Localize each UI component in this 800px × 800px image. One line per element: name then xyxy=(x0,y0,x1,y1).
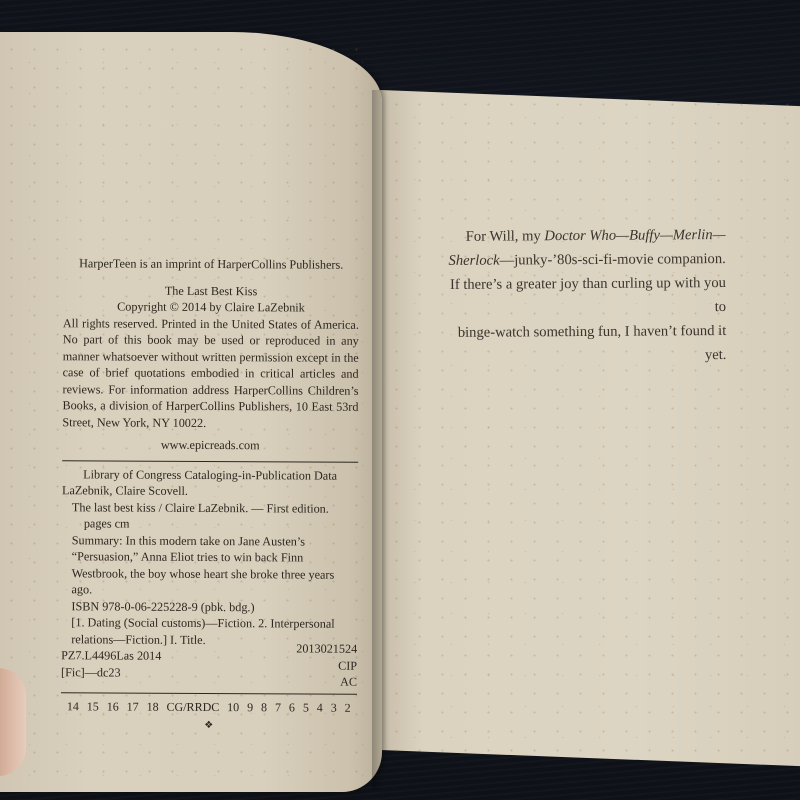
dedication-line-3: If there’s a greater joy than curling up… xyxy=(436,271,726,321)
cip-codes: 2013021524 CIP AC xyxy=(296,640,357,690)
print-number: 9 xyxy=(247,699,253,716)
print-number: 8 xyxy=(261,699,267,716)
cip-author: LaZebnik, Claire Scovell. xyxy=(62,482,358,500)
dedication-show: Sherlock xyxy=(448,253,499,269)
dedication: For Will, my Doctor Who—Buffy—Merlin— Sh… xyxy=(436,223,727,369)
dedication-line-1: For Will, my Doctor Who—Buffy—Merlin— xyxy=(436,223,726,249)
print-year: 14 xyxy=(67,698,79,715)
website: www.epicreads.com xyxy=(62,436,358,454)
print-number: 10 xyxy=(227,699,239,716)
printer-code: CG/RRDC xyxy=(167,699,220,716)
rights-paragraph: All rights reserved. Printed in the Unit… xyxy=(62,315,359,432)
print-number: 6 xyxy=(289,699,295,716)
cip-isbn: ISBN 978-0-06-225228-9 (pbk. bdg.) xyxy=(61,598,357,616)
print-year: 17 xyxy=(127,699,139,716)
print-number: 2 xyxy=(345,700,351,717)
copyright-line: Copyright © 2014 by Claire LaZebnik xyxy=(63,298,359,316)
dedication-text: —junky-’80s-sci-fi-movie companion. xyxy=(500,251,726,269)
right-page xyxy=(380,90,800,767)
print-number: 4 xyxy=(317,700,323,717)
dedication-line-4: binge-watch something fun, I haven’t fou… xyxy=(436,319,726,369)
divider xyxy=(62,460,358,463)
book-gutter xyxy=(372,90,388,790)
thumb xyxy=(0,668,26,776)
book-title: The Last Best Kiss xyxy=(63,282,359,300)
print-number: 7 xyxy=(275,699,281,716)
cip-title: The last best kiss / Claire LaZebnik. — … xyxy=(62,499,358,517)
print-number: 5 xyxy=(303,699,309,716)
printing-line: 14 15 16 17 18 CG/RRDC 10 9 8 7 6 5 4 3 … xyxy=(61,698,357,716)
cip-pages: pages cm xyxy=(62,515,358,533)
cip-lccn: 2013021524 xyxy=(296,640,357,657)
cip-code: CIP xyxy=(296,657,357,674)
cip-heading: Library of Congress Cataloging-in-Public… xyxy=(62,466,358,484)
ornament-icon: ❖ xyxy=(61,717,357,735)
cip-summary: Summary: In this modern take on Jane Aus… xyxy=(61,532,357,600)
print-year: 15 xyxy=(87,698,99,715)
dedication-text: For Will, my xyxy=(466,228,545,245)
cip-ac: AC xyxy=(296,673,357,690)
print-year: 16 xyxy=(107,698,119,715)
divider xyxy=(61,692,357,695)
print-year: 18 xyxy=(147,699,159,716)
imprint-line: HarperTeen is an imprint of HarperCollin… xyxy=(63,255,359,273)
dedication-line-2: Sherlock—junky-’80s-sci-fi-movie compani… xyxy=(436,247,726,273)
copyright-page: HarperTeen is an imprint of HarperCollin… xyxy=(61,255,359,735)
dedication-shows: Doctor Who—Buffy—Merlin— xyxy=(544,227,725,244)
cip-footer: PZ7.L4496Las 2014 [Fic]—dc23 2013021524 … xyxy=(61,647,357,682)
print-number: 3 xyxy=(331,700,337,717)
